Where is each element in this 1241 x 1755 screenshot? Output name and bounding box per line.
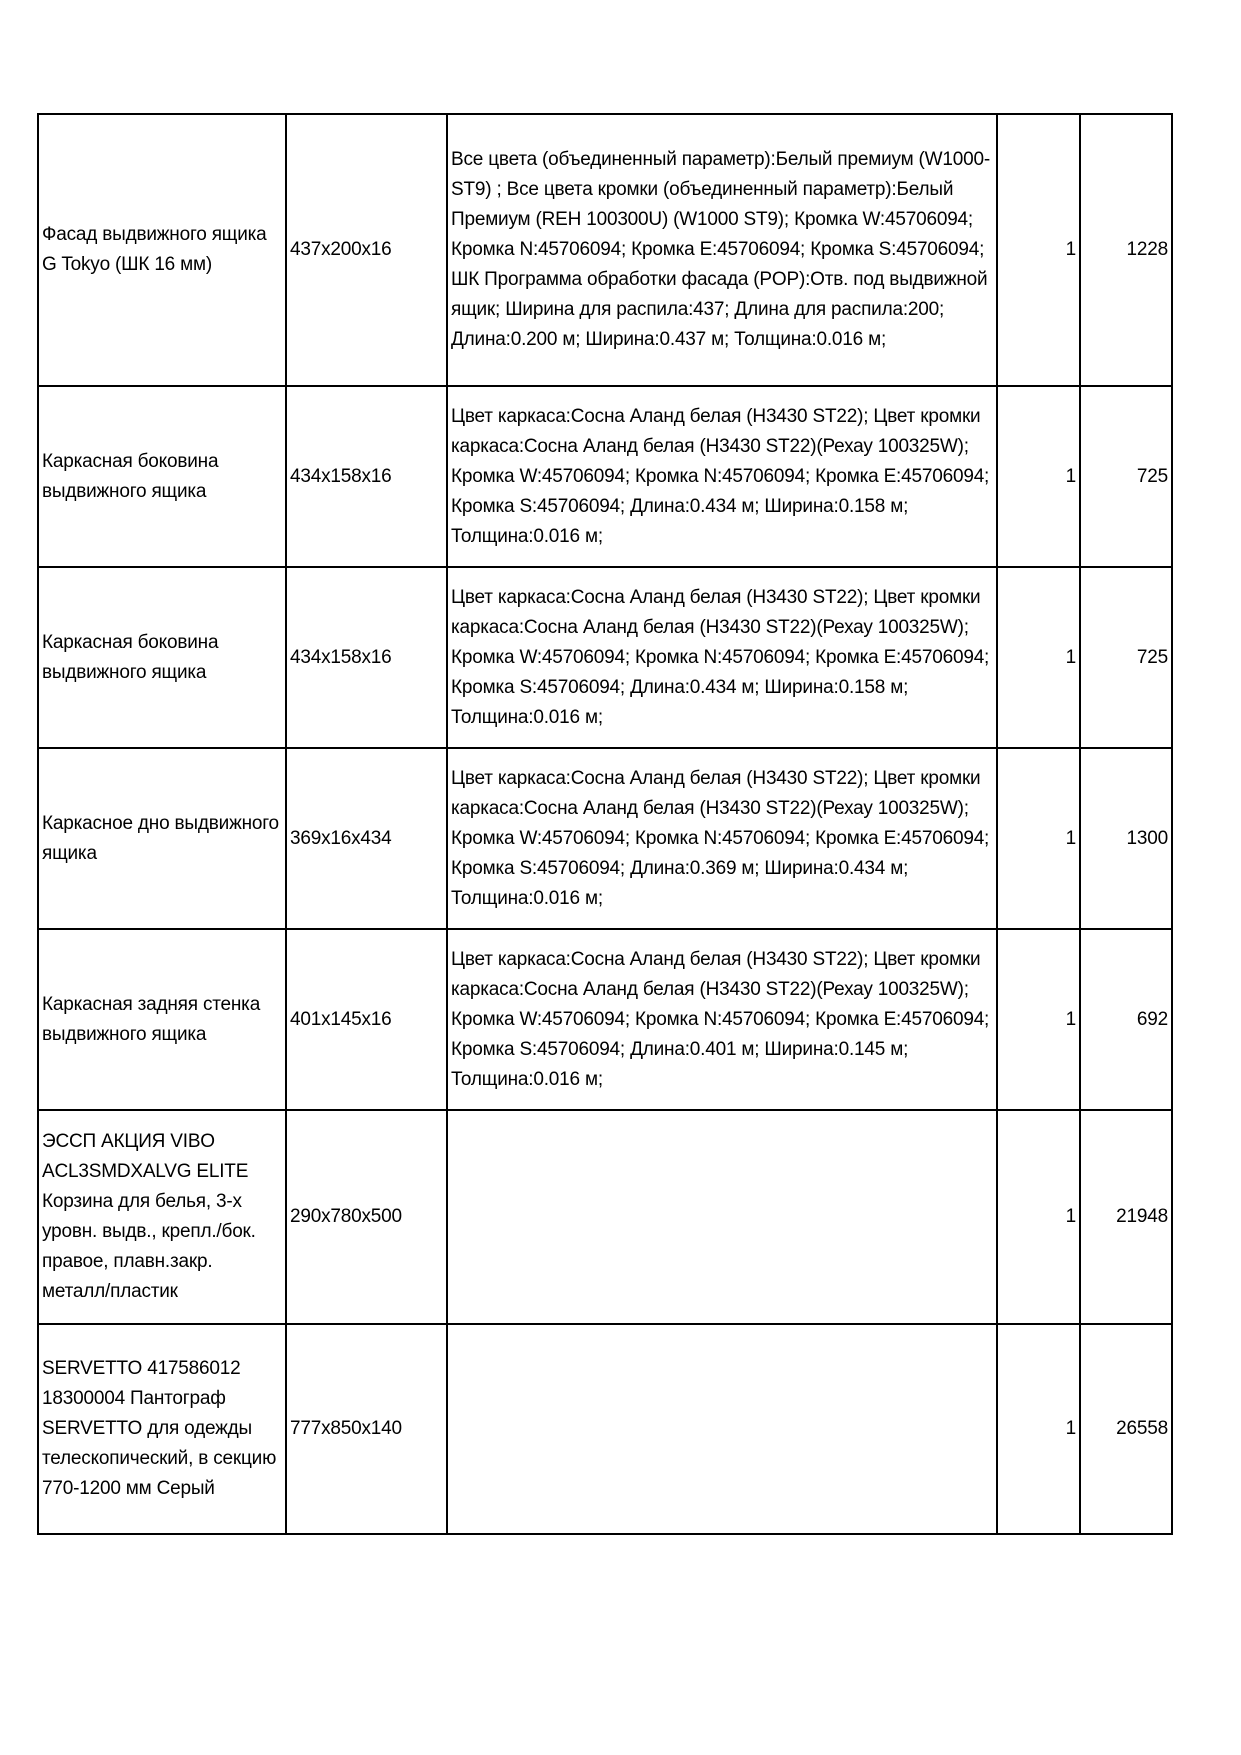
table-row: Каркасная боковина выдвижного ящика 434x…	[38, 567, 1172, 748]
item-name-cell: ЭССП АКЦИЯ VIBO ACL3SMDXALVG ELITE Корзи…	[38, 1110, 286, 1324]
item-description-cell: Цвет каркаса:Сосна Аланд белая (H3430 ST…	[447, 929, 997, 1110]
table-row: Каркасная задняя стенка выдвижного ящика…	[38, 929, 1172, 1110]
table-row: SERVETTO 417586012 18300004 Пантограф SE…	[38, 1324, 1172, 1534]
item-size-cell: 437x200x16	[286, 114, 447, 386]
table-row: Каркасное дно выдвижного ящика 369x16x43…	[38, 748, 1172, 929]
item-quantity-cell: 1	[997, 929, 1080, 1110]
item-name-cell: Каркасная боковина выдвижного ящика	[38, 567, 286, 748]
table-row: Фасад выдвижного ящика G Tokyo (ШК 16 мм…	[38, 114, 1172, 386]
item-description-cell: Цвет каркаса:Сосна Аланд белая (H3430 ST…	[447, 386, 997, 567]
item-size-cell: 369x16x434	[286, 748, 447, 929]
item-name-cell: Каркасная задняя стенка выдвижного ящика	[38, 929, 286, 1110]
item-size-cell: 401x145x16	[286, 929, 447, 1110]
item-description-cell	[447, 1110, 997, 1324]
item-name-cell: Каркасная боковина выдвижного ящика	[38, 386, 286, 567]
item-description-cell: Все цвета (объединенный параметр):Белый …	[447, 114, 997, 386]
item-price-cell: 725	[1080, 386, 1172, 567]
item-price-cell: 26558	[1080, 1324, 1172, 1534]
item-size-cell: 434x158x16	[286, 386, 447, 567]
item-price-cell: 1228	[1080, 114, 1172, 386]
item-quantity-cell: 1	[997, 748, 1080, 929]
specification-table: Фасад выдвижного ящика G Tokyo (ШК 16 мм…	[37, 113, 1173, 1535]
item-size-cell: 434x158x16	[286, 567, 447, 748]
item-quantity-cell: 1	[997, 1324, 1080, 1534]
item-name-cell: Фасад выдвижного ящика G Tokyo (ШК 16 мм…	[38, 114, 286, 386]
item-price-cell: 692	[1080, 929, 1172, 1110]
item-description-cell: Цвет каркаса:Сосна Аланд белая (H3430 ST…	[447, 567, 997, 748]
item-price-cell: 1300	[1080, 748, 1172, 929]
item-quantity-cell: 1	[997, 567, 1080, 748]
item-quantity-cell: 1	[997, 386, 1080, 567]
item-name-cell: Каркасное дно выдвижного ящика	[38, 748, 286, 929]
item-name-cell: SERVETTO 417586012 18300004 Пантограф SE…	[38, 1324, 286, 1534]
table-row: Каркасная боковина выдвижного ящика 434x…	[38, 386, 1172, 567]
item-description-cell	[447, 1324, 997, 1534]
item-price-cell: 21948	[1080, 1110, 1172, 1324]
item-description-cell: Цвет каркаса:Сосна Аланд белая (H3430 ST…	[447, 748, 997, 929]
table-row: ЭССП АКЦИЯ VIBO ACL3SMDXALVG ELITE Корзи…	[38, 1110, 1172, 1324]
item-quantity-cell: 1	[997, 1110, 1080, 1324]
item-size-cell: 290x780x500	[286, 1110, 447, 1324]
document-page: Фасад выдвижного ящика G Tokyo (ШК 16 мм…	[0, 0, 1241, 1755]
item-size-cell: 777x850x140	[286, 1324, 447, 1534]
item-price-cell: 725	[1080, 567, 1172, 748]
item-quantity-cell: 1	[997, 114, 1080, 386]
